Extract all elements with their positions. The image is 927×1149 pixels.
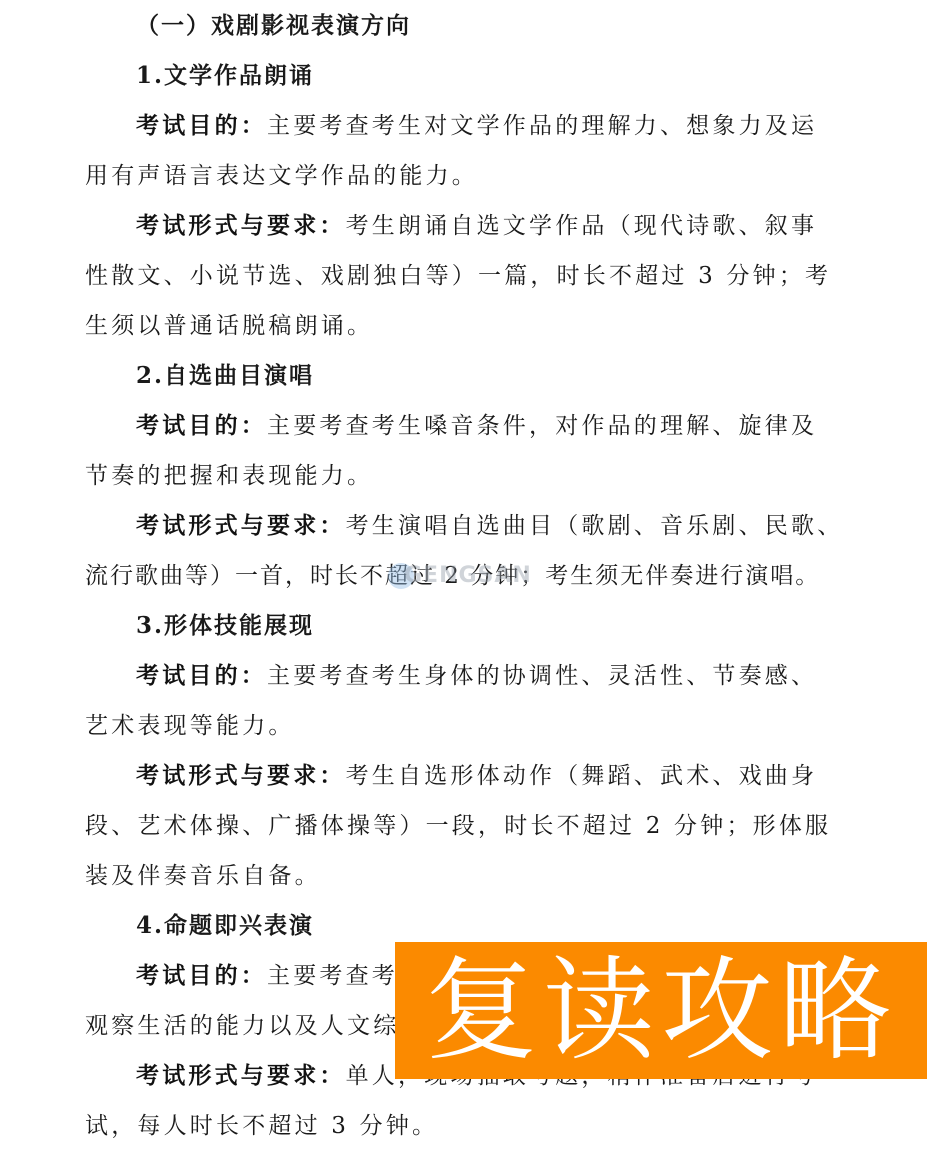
format-text: 考生朗诵自选文学作品（现代诗歌、叙事 — [346, 213, 818, 239]
item-title: .命题即兴表演 — [154, 912, 314, 939]
purpose-text: 主要考查考生身体的协调性、灵活性、节奏感、 — [267, 663, 817, 689]
purpose-line: 考试目的：主要考查考生身体的协调性、灵活性、节奏感、 — [136, 661, 817, 691]
format-continuation: 生须以普通话脱稿朗诵。 — [85, 311, 373, 341]
format-continuation: 装及伴奏音乐自备。 — [85, 861, 321, 891]
item-heading-2: 2.自选曲目演唱 — [136, 361, 314, 391]
purpose-label: 考试目的： — [136, 412, 267, 439]
format-label: 考试形式与要求： — [136, 212, 346, 239]
item-number: 2 — [136, 362, 154, 389]
promo-banner[interactable]: 复读攻略 — [395, 942, 927, 1079]
format-text: 考生演唱自选曲目（歌剧、音乐剧、民歌、 — [346, 513, 844, 539]
item-number: 1 — [136, 62, 154, 89]
format-continuation: 性散文、小说节选、戏剧独白等）一篇，时长不超过 3 分钟；考 — [85, 261, 831, 291]
purpose-text: 主要考查考生嗓音条件，对作品的理解、旋律及 — [267, 413, 817, 439]
format-continuation: 流行歌曲等）一首，时长不超过 2 分钟；考生须无伴奏进行演唱。 — [85, 561, 820, 591]
purpose-continuation: 艺术表现等能力。 — [85, 711, 295, 741]
format-line: 考试形式与要求：考生朗诵自选文学作品（现代诗歌、叙事 — [136, 211, 817, 241]
format-line: 考试形式与要求：考生自选形体动作（舞蹈、武术、戏曲身 — [136, 761, 817, 791]
purpose-continuation: 节奏的把握和表现能力。 — [85, 461, 373, 491]
item-number: 4 — [136, 912, 154, 939]
item-title: .文学作品朗诵 — [154, 62, 314, 89]
purpose-label: 考试目的： — [136, 662, 267, 689]
item-heading-1: 1.文学作品朗诵 — [136, 61, 314, 91]
item-title: .自选曲目演唱 — [154, 362, 314, 389]
purpose-continuation: 观察生活的能力以及人文综 — [85, 1011, 399, 1041]
purpose-line: 考试目的：主要考查考生对文学作品的理解力、想象力及运 — [136, 111, 817, 141]
section-title: （一）戏剧影视表演方向 — [136, 11, 411, 41]
format-label: 考试形式与要求： — [136, 512, 346, 539]
purpose-label: 考试目的： — [136, 112, 267, 139]
purpose-line: 考试目的：主要考查考生 — [136, 961, 424, 991]
item-number: 3 — [136, 612, 154, 639]
purpose-continuation: 用有声语言表达文学作品的能力。 — [85, 161, 478, 191]
item-heading-3: 3.形体技能展现 — [136, 611, 314, 641]
promo-banner-text: 复读攻略 — [425, 951, 897, 1071]
format-continuation: 段、艺术体操、广播体操等）一段，时长不超过 2 分钟；形体服 — [85, 811, 831, 841]
item-heading-4: 4.命题即兴表演 — [136, 911, 314, 941]
purpose-label: 考试目的： — [136, 962, 267, 989]
format-line: 考试形式与要求：考生演唱自选曲目（歌剧、音乐剧、民歌、 — [136, 511, 843, 541]
format-label: 考试形式与要求： — [136, 762, 346, 789]
format-label: 考试形式与要求： — [136, 1062, 346, 1089]
item-title: .形体技能展现 — [154, 612, 314, 639]
format-text: 考生自选形体动作（舞蹈、武术、戏曲身 — [346, 763, 818, 789]
format-continuation: 试，每人时长不超过 3 分钟。 — [85, 1111, 438, 1141]
purpose-line: 考试目的：主要考查考生嗓音条件，对作品的理解、旋律及 — [136, 411, 817, 441]
purpose-text: 主要考查考生对文学作品的理解力、想象力及运 — [267, 113, 817, 139]
